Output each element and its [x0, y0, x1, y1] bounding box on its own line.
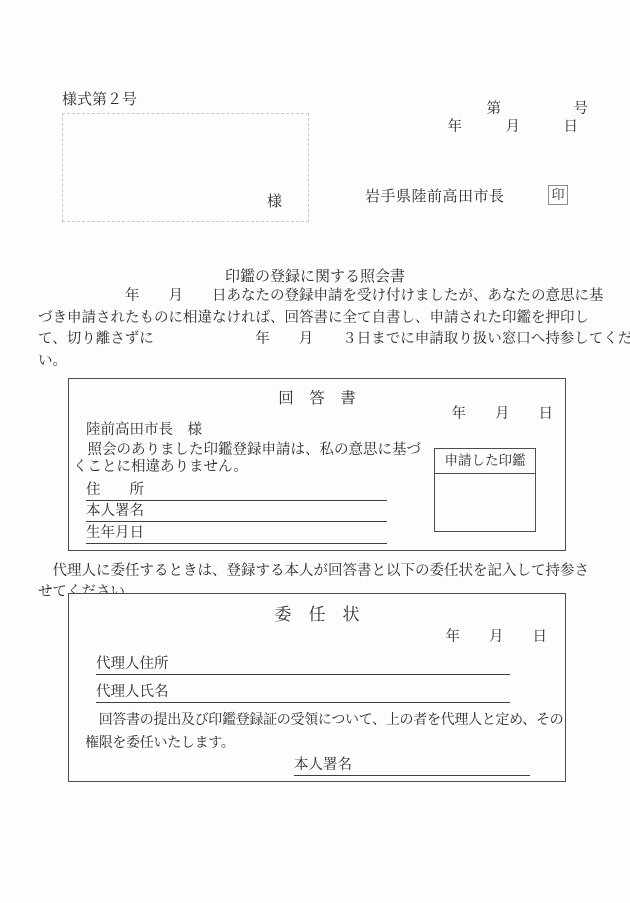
doc-number-line: 第 号	[448, 101, 589, 119]
field-label-proxy-name: 代理人氏名	[96, 684, 169, 700]
form-number-label: 様式第２号	[62, 88, 137, 109]
doc-date-line: 年 月 日	[448, 119, 589, 137]
field-row-birthdate: 生年月日	[86, 525, 387, 544]
reply-statement-line: 照会のありました印鑑登録申請は、私の意思に基づ	[73, 442, 421, 459]
document-page: 様式第２号 第 号 年 月 日 様 岩手県陸前高田市長 印 印鑑の登録に関する照…	[0, 0, 630, 903]
poa-statement-line: 回答書の提出及び印鑑登録証の受領について、上の者を代理人と定め、その	[85, 709, 563, 732]
power-of-attorney-title: 委 任 状	[69, 600, 565, 625]
field-row-address: 住 所	[86, 482, 387, 501]
mayor-title: 岩手県陸前高田市長	[365, 185, 505, 206]
document-header-dates: 第 号 年 月 日	[448, 101, 589, 136]
addressee-box: 様	[62, 113, 309, 222]
field-row-signature: 本人署名	[86, 503, 387, 522]
applied-seal-box: 申請した印鑑	[434, 448, 536, 532]
applied-seal-label: 申請した印鑑	[435, 449, 535, 474]
field-row-principal-signature: 本人署名	[294, 757, 530, 776]
reply-form-box: 回 答 書 年 月 日 陸前高田市長 様 照会のありました印鑑登録申請は、私の意…	[68, 378, 566, 551]
intro-line: い。	[38, 351, 630, 373]
intro-line: づき申請されたものに相違なければ、回答書に全て自書し、申請された印鑑を押印し	[38, 308, 630, 330]
power-of-attorney-box: 委 任 状 年 月 日 代理人住所 代理人氏名 回答書の提出及び印鑑登録証の受領…	[68, 593, 566, 782]
document-title: 印鑑の登録に関する照会書	[0, 265, 630, 286]
field-label-birthdate: 生年月日	[86, 525, 144, 541]
addressee-honorific: 様	[267, 190, 282, 211]
field-label-address: 住 所	[86, 482, 144, 498]
field-label-signature: 本人署名	[86, 503, 144, 519]
field-label-principal-signature: 本人署名	[294, 757, 352, 773]
reply-statement: 照会のありました印鑑登録申請は、私の意思に基づ くことに相違ありません。	[73, 442, 421, 476]
reply-addressee: 陸前高田市長 様	[86, 418, 202, 439]
reply-statement-line: くことに相違ありません。	[73, 459, 421, 476]
field-label-proxy-address: 代理人住所	[96, 656, 169, 672]
poa-statement-line: 権限を委任いたします。	[85, 732, 563, 755]
field-row-proxy-name: 代理人氏名	[96, 684, 510, 703]
intro-line: 年 月 日あなたの登録申請を受け付けましたが、あなたの意思に基	[38, 286, 630, 308]
intro-paragraph: 年 月 日あなたの登録申請を受け付けましたが、あなたの意思に基 づき申請されたも…	[38, 286, 630, 372]
official-seal-mark: 印	[548, 185, 568, 205]
power-of-attorney-date: 年 月 日	[446, 625, 548, 646]
reply-form-date: 年 月 日	[452, 402, 554, 423]
poa-statement: 回答書の提出及び印鑑登録証の受領について、上の者を代理人と定め、その 権限を委任…	[85, 709, 563, 754]
proxy-note-line: 代理人に委任するときは、登録する本人が回答書と以下の委任状を記入して持参さ	[38, 561, 589, 582]
intro-line: て、切り離さずに 年 月 ３日までに申請取り扱い窓口へ持参してくださ	[38, 329, 630, 351]
field-row-proxy-address: 代理人住所	[96, 656, 510, 675]
